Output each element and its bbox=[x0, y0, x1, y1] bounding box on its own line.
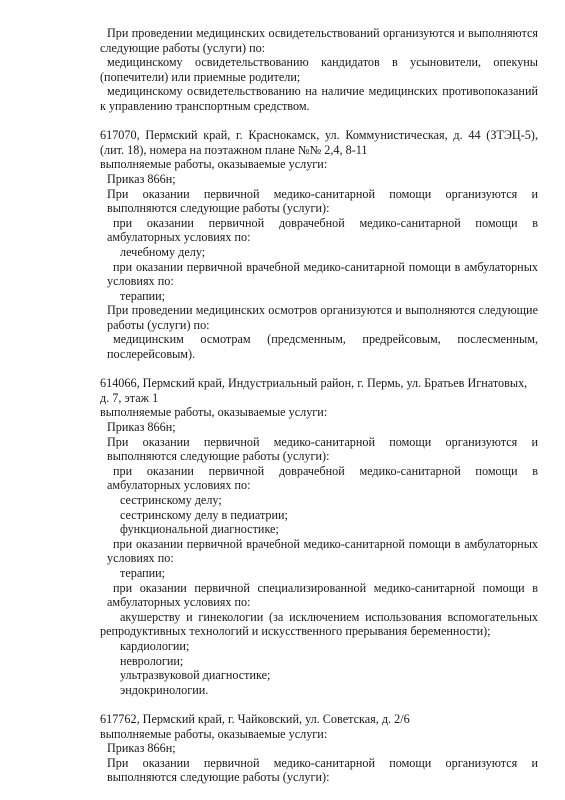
order-reference: Приказ 866н; bbox=[100, 172, 538, 187]
subsection-heading: при оказании первичной доврачебной медик… bbox=[100, 216, 538, 245]
section-heading: При оказании первичной медико-санитарной… bbox=[100, 435, 538, 464]
address-block-chaykovsky: 617762, Пермский край, г. Чайковский, ул… bbox=[100, 712, 538, 785]
list-item: медицинским осмотрам (предсменным, предр… bbox=[100, 332, 538, 361]
subsection-heading: при оказании первичной врачебной медико-… bbox=[100, 537, 538, 566]
list-item: медицинскому освидетельствованию на нали… bbox=[100, 84, 538, 113]
services-label: выполняемые работы, оказываемые услуги: bbox=[100, 727, 538, 742]
services-label: выполняемые работы, оказываемые услуги: bbox=[100, 157, 538, 172]
list-item: лечебному делу; bbox=[100, 245, 538, 260]
list-item: кардиологии; bbox=[100, 639, 538, 654]
list-item: сестринскому делу; bbox=[100, 493, 538, 508]
address: 617070, Пермский край, г. Краснокамск, у… bbox=[100, 128, 538, 157]
paragraph-medical-examinations-intro: При проведении медицинских освидетельств… bbox=[100, 26, 538, 55]
document-page: При проведении медицинских освидетельств… bbox=[100, 26, 538, 799]
address-block-krasnokamsk: 617070, Пермский край, г. Краснокамск, у… bbox=[100, 128, 538, 362]
list-item: функциональной диагностике; bbox=[100, 522, 538, 537]
list-item: неврологии; bbox=[100, 654, 538, 669]
services-block-continuation: При проведении медицинских освидетельств… bbox=[100, 26, 538, 114]
address: 614066, Пермский край, Индустриальный ра… bbox=[100, 376, 538, 405]
list-item: терапии; bbox=[100, 289, 538, 304]
section-heading: При оказании первичной медико-санитарной… bbox=[100, 187, 538, 216]
services-label: выполняемые работы, оказываемые услуги: bbox=[100, 405, 538, 420]
order-reference: Приказ 866н; bbox=[100, 741, 538, 756]
subsection-heading: при оказании первичной врачебной медико-… bbox=[100, 260, 538, 289]
list-item: акушерству и гинекологии (за исключением… bbox=[100, 610, 538, 639]
address: 617762, Пермский край, г. Чайковский, ул… bbox=[100, 712, 538, 727]
section-heading: При проведении медицинских осмотров орга… bbox=[100, 303, 538, 332]
order-reference: Приказ 866н; bbox=[100, 420, 538, 435]
subsection-heading: при оказании первичной специализированно… bbox=[100, 581, 538, 610]
list-item: терапии; bbox=[100, 566, 538, 581]
list-item: медицинскому освидетельствованию кандида… bbox=[100, 55, 538, 84]
subsection-heading: при оказании первичной доврачебной медик… bbox=[100, 464, 538, 493]
list-item: сестринскому делу в педиатрии; bbox=[100, 508, 538, 523]
list-item: эндокринологии. bbox=[100, 683, 538, 698]
section-heading: При оказании первичной медико-санитарной… bbox=[100, 756, 538, 785]
address-block-perm: 614066, Пермский край, Индустриальный ра… bbox=[100, 376, 538, 697]
list-item: ультразвуковой диагностике; bbox=[100, 668, 538, 683]
